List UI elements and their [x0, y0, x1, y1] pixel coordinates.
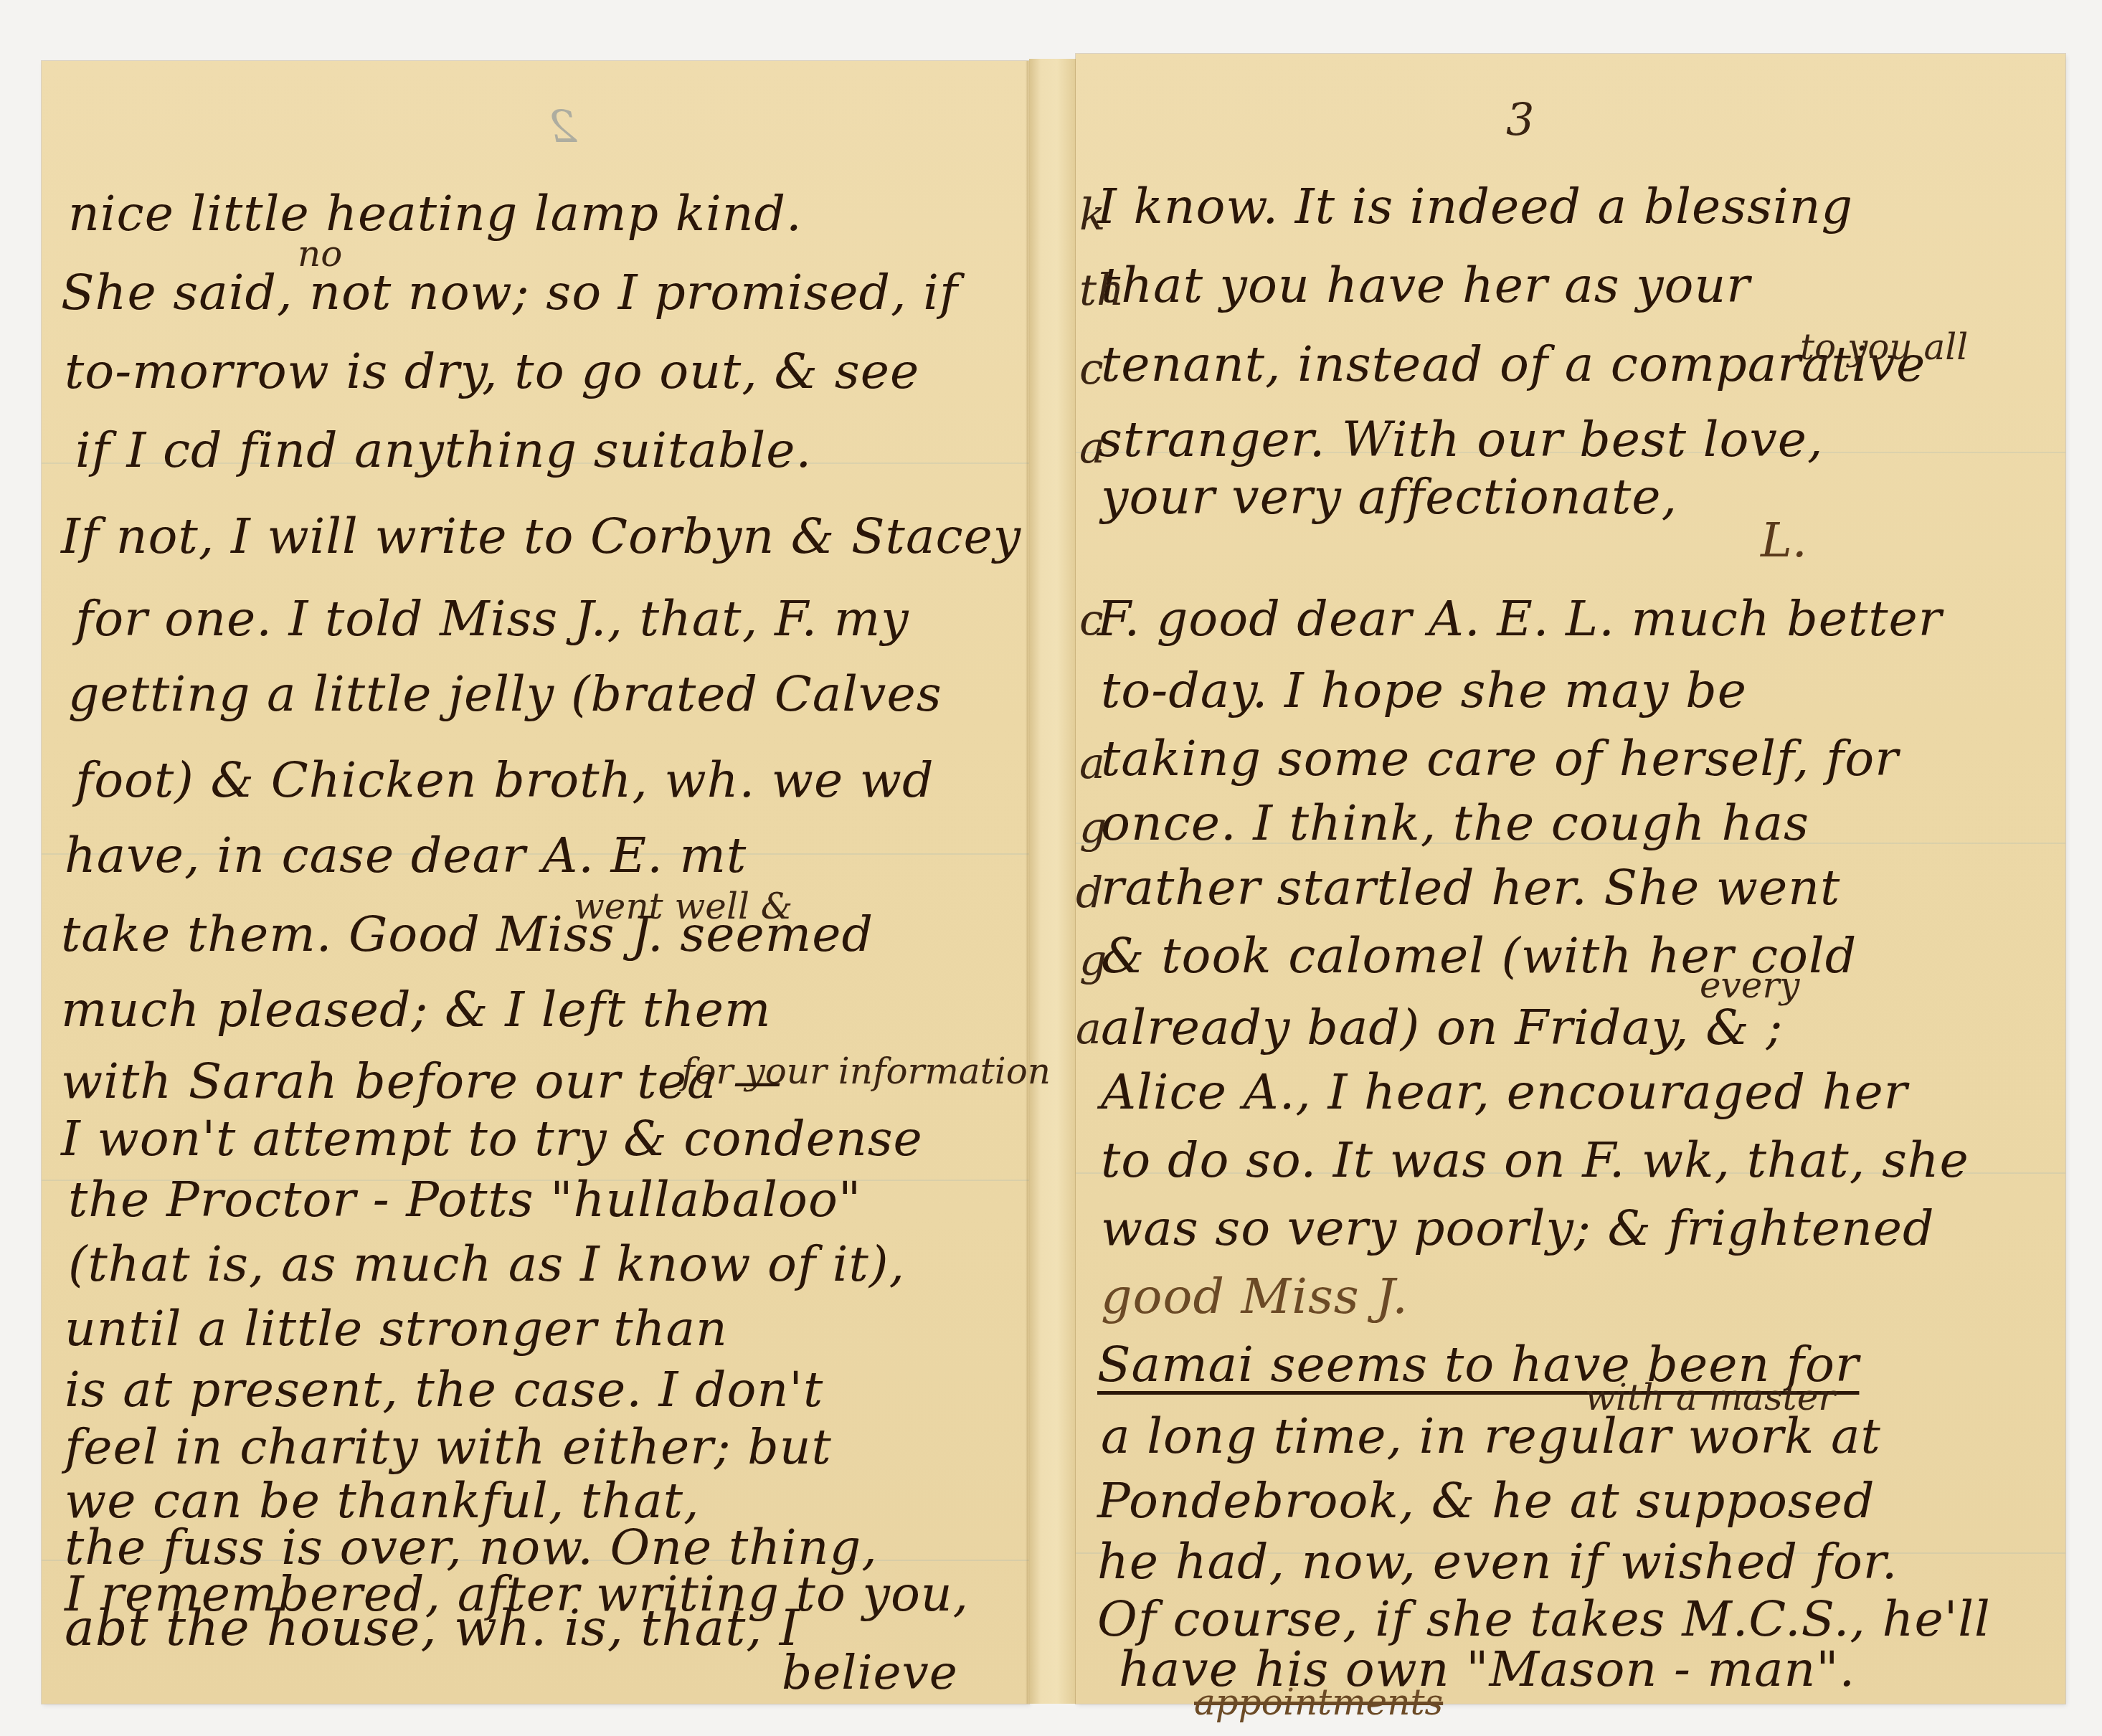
text-line: for one. I told Miss J., that, F. my — [75, 595, 909, 644]
text-line: foot) & Chicken broth, wh. we wd — [75, 756, 934, 805]
text-line: abt the house, wh. is, that, I — [65, 1603, 800, 1653]
text-line: stranger. With our best love, — [1097, 416, 1824, 465]
margin-fragment: g — [1079, 803, 1107, 853]
text-line: to do so. It was on F. wk, that, she — [1101, 1137, 1969, 1185]
text-line: rather startled her. She went — [1101, 864, 1840, 913]
text-line: take them. Good Miss J. seemed — [61, 911, 874, 959]
margin-fragment: g — [1079, 936, 1107, 986]
text-line: (that is, as much as I know of it), — [68, 1241, 905, 1289]
text-line: that you have her as your — [1101, 262, 1751, 310]
margin-fragment: a — [1079, 739, 1105, 789]
text-line: to-day. I hope she may be — [1101, 667, 1747, 716]
text-line: much pleased; & I left them — [61, 986, 772, 1035]
text-line: good Miss J. — [1101, 1273, 1409, 1322]
margin-fragment: d — [1076, 868, 1103, 918]
text-line: we can be thankful, that, — [65, 1477, 700, 1526]
text-line: Of course, if she takes M.C.S., he'll — [1097, 1595, 1991, 1644]
text-line: is at present, the case. I don't — [65, 1366, 823, 1415]
signature-initial: L. — [1761, 513, 1807, 568]
struck-through-word: appointments — [1194, 1682, 1443, 1723]
text-line: I know. It is indeed a blessing — [1097, 183, 1853, 232]
fold-crease — [1026, 61, 1030, 1704]
text-line: the fuss is over, now. One thing, — [65, 1524, 878, 1573]
text-line: getting a little jelly (brated Calves — [68, 670, 942, 719]
margin-fragment: k — [1079, 190, 1105, 240]
text-line: your very affectionate, — [1101, 473, 1677, 522]
center-fold — [1029, 59, 1076, 1704]
text-line: already bad) on Friday, & ; — [1101, 1004, 1783, 1053]
text-line: Pondebrook, & he at supposed — [1097, 1477, 1875, 1526]
text-line: nice little heating lamp kind. — [68, 190, 803, 239]
page-number-bleedthrough: 2 — [549, 100, 577, 153]
text-line: feel in charity with either; but — [65, 1423, 832, 1472]
text-line: if I cd find anything suitable. — [75, 427, 812, 475]
margin-fragment: c — [1079, 344, 1104, 394]
page-number: 3 — [1506, 93, 1534, 146]
interlinear-insert: to you all — [1800, 326, 1968, 368]
text-line: Alice A., I hear, encouraged her — [1101, 1068, 1908, 1117]
margin-fragment: a — [1076, 1004, 1102, 1054]
text-line: a long time, in regular work at — [1101, 1413, 1881, 1461]
text-line: once. I think, the cough has — [1101, 800, 1809, 848]
text-line: the Proctor - Potts "hullabaloo" — [68, 1176, 861, 1225]
text-line: with Sarah before our tea — — [61, 1058, 782, 1106]
text-line: he had, now, even if wished for. — [1097, 1538, 1898, 1587]
text-line: She said, not now; so I promised, if — [61, 269, 958, 318]
text-line: until a little stronger than — [65, 1305, 728, 1354]
text-line: I won't attempt to try & condense — [61, 1115, 923, 1164]
margin-fragment: c — [1079, 595, 1104, 645]
text-line: was so very poorly; & frightened — [1101, 1205, 1935, 1253]
text-line: F. good dear A. E. L. much better — [1097, 595, 1942, 644]
text-line: taking some care of herself, for — [1101, 735, 1899, 784]
text-line: If not, I will write to Corbyn & Stacey — [61, 513, 1021, 561]
text-line: believe — [782, 1649, 958, 1697]
text-line: have, in case dear A. E. mt — [65, 832, 747, 881]
margin-fragment: th — [1079, 265, 1125, 316]
margin-fragment: a — [1079, 423, 1105, 473]
text-line: to-morrow is dry, to go out, & see — [65, 348, 919, 397]
